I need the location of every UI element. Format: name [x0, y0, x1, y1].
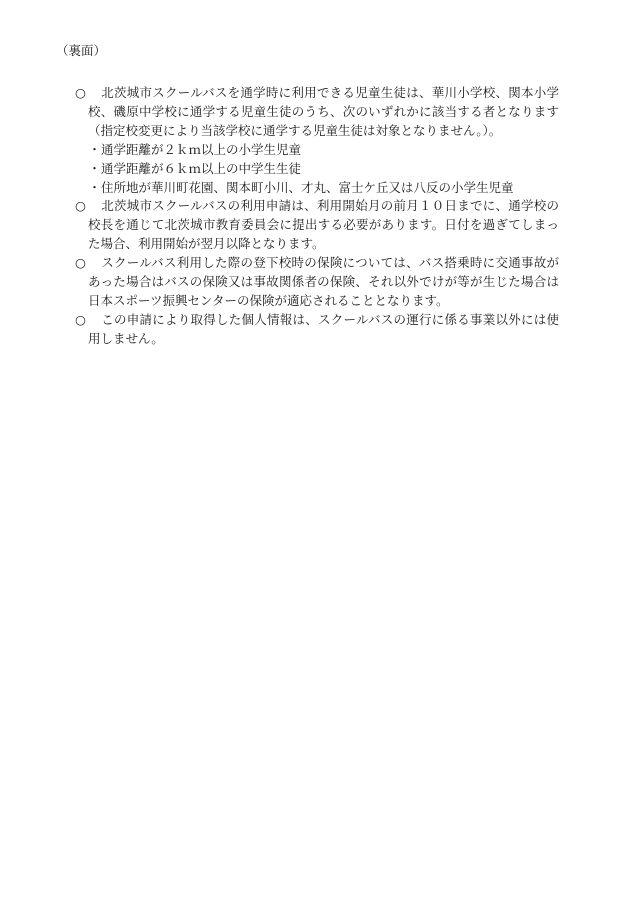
note-text: この申請により取得した個人情報は、スクールバスの運行に係る事業以外には使用しませ…: [88, 312, 559, 346]
note-text: スクールバス利用した際の登下校時の保険については、バス搭乗時に交通事故があった場…: [88, 255, 559, 308]
eligibility-criteria-list: ・通学距離が２ｋｍ以上の小学生児童 ・通学距離が６ｋｍ以上の中学生生徒 ・住所地…: [75, 141, 559, 198]
note-eligibility: ○北茨城市スクールバスを通学時に利用できる児童生徒は、華川小学校、関本小学校、磯…: [75, 84, 559, 141]
criteria-text: 通学距離が６ｋｍ以上の中学生生徒: [101, 161, 301, 176]
page-side-label: （裏面）: [56, 43, 106, 59]
circle-mark-icon: ○: [75, 311, 101, 330]
criteria-text: 住所地が華川町花園、関本町小川、才丸、富士ケ丘又は八反の小学生児童: [101, 180, 514, 195]
note-text: 北茨城市スクールバスの利用申請は、利用開始月の前月１０日までに、通学校の校長を通…: [88, 198, 559, 251]
criteria-item: ・通学距離が２ｋｍ以上の小学生児童: [88, 141, 559, 160]
note-text: 北茨城市スクールバスを通学時に利用できる児童生徒は、華川小学校、関本小学校、磯原…: [88, 85, 559, 138]
bullet-icon: ・: [88, 179, 101, 198]
note-application-deadline: ○北茨城市スクールバスの利用申請は、利用開始月の前月１０日までに、通学校の校長を…: [75, 197, 559, 254]
circle-mark-icon: ○: [75, 254, 101, 273]
note-personal-information: ○この申請により取得した個人情報は、スクールバスの運行に係る事業以外には使用しま…: [75, 311, 559, 349]
circle-mark-icon: ○: [75, 197, 101, 216]
circle-mark-icon: ○: [75, 84, 101, 103]
document-page: （裏面） ○北茨城市スクールバスを通学時に利用できる児童生徒は、華川小学校、関本…: [0, 0, 630, 903]
note-insurance: ○スクールバス利用した際の登下校時の保険については、バス搭乗時に交通事故があった…: [75, 254, 559, 311]
bullet-icon: ・: [88, 160, 101, 179]
criteria-item: ・住所地が華川町花園、関本町小川、才丸、富士ケ丘又は八反の小学生児童: [88, 179, 559, 198]
criteria-item: ・通学距離が６ｋｍ以上の中学生生徒: [88, 160, 559, 179]
bullet-icon: ・: [88, 141, 101, 160]
criteria-text: 通学距離が２ｋｍ以上の小学生児童: [101, 142, 301, 157]
notes-list: ○北茨城市スクールバスを通学時に利用できる児童生徒は、華川小学校、関本小学校、磯…: [75, 84, 559, 349]
